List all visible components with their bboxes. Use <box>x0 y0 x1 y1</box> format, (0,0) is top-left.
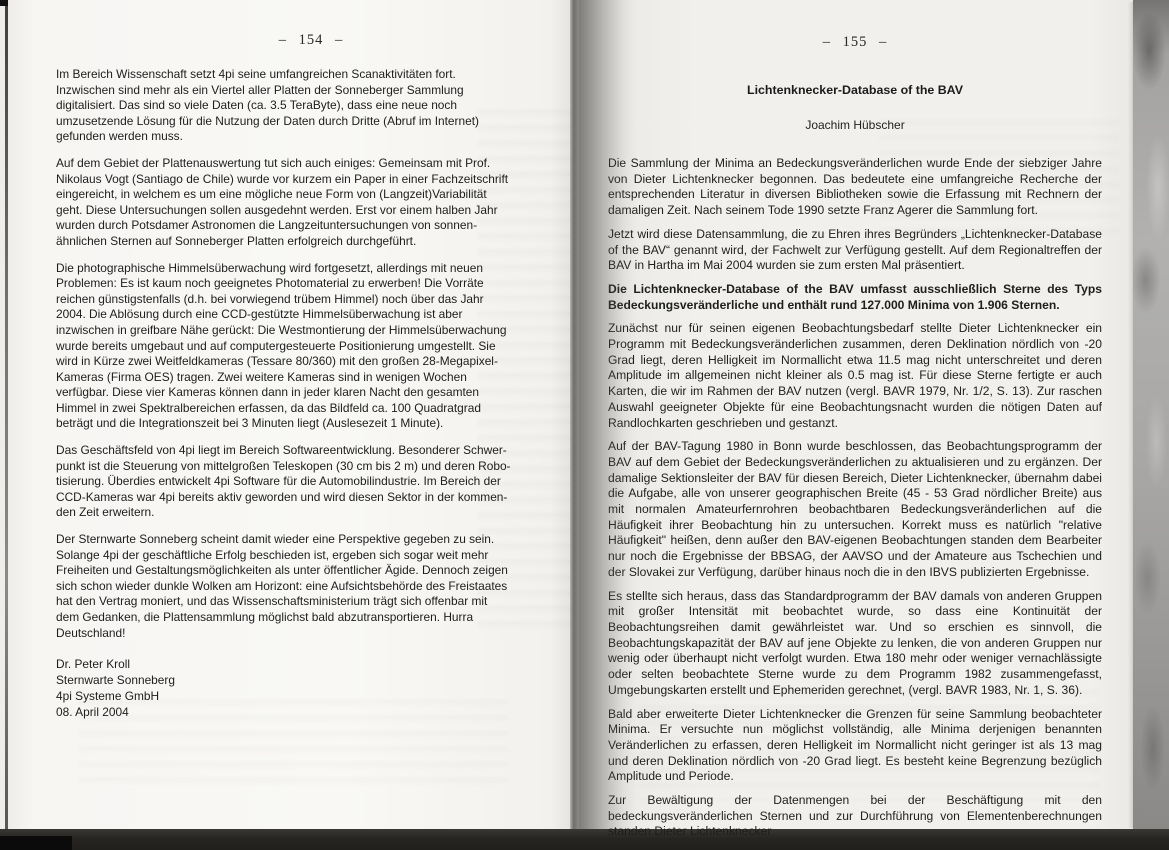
paragraph-bav-tagung-1980: Auf der BAV-Tagung 1980 in Bonn wurde be… <box>608 439 1102 580</box>
article-author: Joachim Hübscher <box>608 118 1102 132</box>
marble-scan-edge <box>1133 0 1169 850</box>
scanned-book-spread: – 154 – Im Bereich Wissenschaft setzt 4p… <box>0 0 1169 850</box>
paragraph-perspective: Der Sternwarte Sonneberg scheint damit w… <box>56 532 566 641</box>
paragraph-plate-evaluation: Auf dem Gebiet der Plattenauswertung tut… <box>56 156 566 250</box>
article-title: Lichtenknecker-Database of the BAV <box>608 83 1102 97</box>
paragraph-sky-survey: Die photographische Himmelsüberwachung w… <box>56 261 566 433</box>
paragraph-collection-origin: Die Sammlung der Minima an Bedeckungsver… <box>608 156 1102 219</box>
paragraph-extended-limits: Bald aber erweiterte Dieter Lichtenkneck… <box>608 707 1102 786</box>
page-154-content: – 154 – Im Bereich Wissenschaft setzt 4p… <box>56 32 566 720</box>
paragraph-database-naming: Jetzt wird diese Datensammlung, die zu E… <box>608 227 1102 274</box>
signature-block: Dr. Peter Kroll Sternwarte Sonneberg 4pi… <box>56 657 566 720</box>
scan-bottom-left-mark <box>0 836 72 850</box>
paragraph-4pi-business: Das Geschäftsfeld von 4pi liegt im Berei… <box>56 443 566 521</box>
paragraph-observation-program: Zunächst nur für seinen eigenen Beobacht… <box>608 321 1102 431</box>
paragraph-scan-activities: Im Bereich Wissenschaft setzt 4pi seine … <box>56 67 566 145</box>
page-154-number: – 154 – <box>56 32 566 49</box>
page-155: – 155 – Lichtenknecker-Database of the B… <box>579 0 1135 829</box>
paragraph-standard-program: Es stellte sich heraus, dass das Standar… <box>608 589 1102 699</box>
book-gutter-shadow <box>570 0 579 831</box>
paragraph-database-summary-bold: Die Lichtenknecker-Database of the BAV u… <box>608 282 1102 313</box>
paragraph-data-handling: Zur Bewältigung der Datenmengen bei der … <box>608 793 1102 840</box>
page-155-content: – 155 – Lichtenknecker-Database of the B… <box>608 34 1102 848</box>
page-155-number: – 155 – <box>608 34 1102 51</box>
page-154: – 154 – Im Bereich Wissenschaft setzt 4p… <box>8 0 573 831</box>
